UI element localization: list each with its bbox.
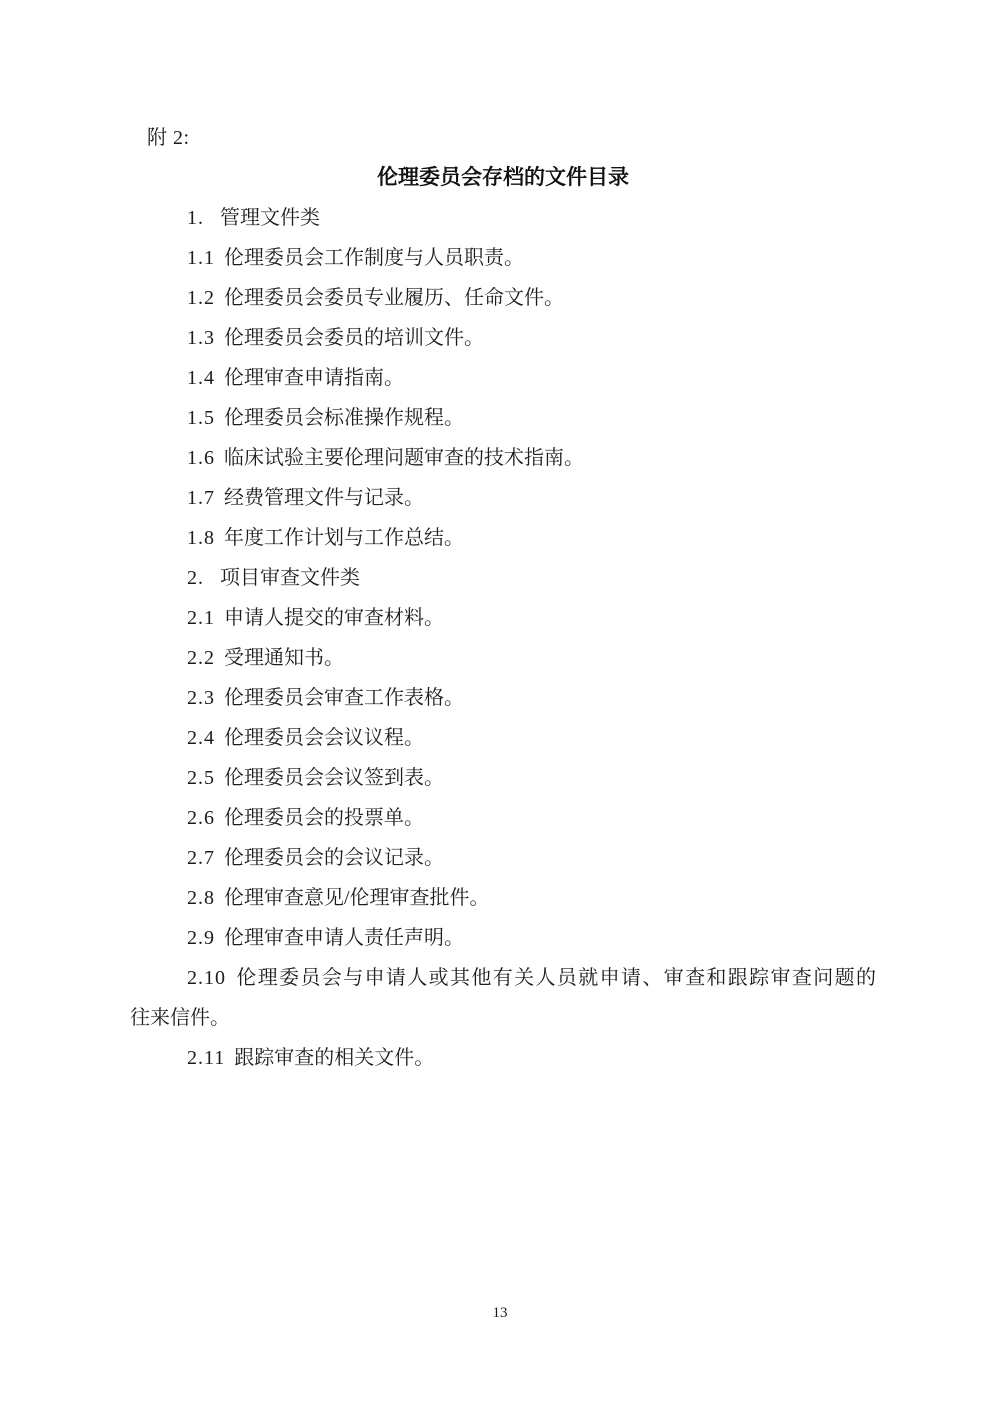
document-page: 附 2: 伦理委员会存档的文件目录 1.管理文件类1.1伦理委员会工作制度与人员… <box>0 0 1000 1414</box>
list-item: 1.1伦理委员会工作制度与人员职责。 <box>130 238 876 278</box>
list-item-text: 伦理委员会委员专业履历、任命文件。 <box>224 287 564 309</box>
list-item: 1.2伦理委员会委员专业履历、任命文件。 <box>130 278 876 318</box>
list-item-number: 2.10 <box>187 967 226 989</box>
list-item: 2.10伦理委员会与申请人或其他有关人员就申请、审查和跟踪审查问题的 <box>130 958 876 998</box>
list-item: 2.7伦理委员会的会议记录。 <box>130 838 876 878</box>
list-item-text: 经费管理文件与记录。 <box>224 487 424 509</box>
list-item-number: 1.5 <box>187 407 215 429</box>
list-item: 2.1申请人提交的审查材料。 <box>130 598 876 638</box>
list-item-number: 2.3 <box>187 687 215 709</box>
list-item-number: 1.1 <box>187 247 215 269</box>
list-item: 1.3伦理委员会委员的培训文件。 <box>130 318 876 358</box>
list-item-text: 伦理委员会与申请人或其他有关人员就申请、审查和跟踪审查问题的 <box>235 967 876 989</box>
list-item-number: 1. <box>187 207 204 229</box>
list-item: 2.2受理通知书。 <box>130 638 876 678</box>
list-item-text: 伦理委员会的投票单。 <box>224 807 424 829</box>
list-item-number: 2.9 <box>187 927 215 949</box>
list-item-number: 2.6 <box>187 807 215 829</box>
list-item-text: 伦理委员会工作制度与人员职责。 <box>224 247 524 269</box>
list-item: 1.7经费管理文件与记录。 <box>130 478 876 518</box>
list-item-text: 受理通知书。 <box>224 647 344 669</box>
list-item-text: 跟踪审查的相关文件。 <box>234 1047 434 1069</box>
list-item-text: 伦理审查申请人责任声明。 <box>224 927 464 949</box>
list-item: 1.4伦理审查申请指南。 <box>130 358 876 398</box>
list-item-text: 伦理委员会审查工作表格。 <box>224 687 464 709</box>
page-number: 13 <box>0 1303 1000 1323</box>
list-item-text: 伦理委员会会议签到表。 <box>224 767 444 789</box>
list-item: 1.5伦理委员会标准操作规程。 <box>130 398 876 438</box>
page-title: 伦理委员会存档的文件目录 <box>130 158 876 198</box>
list-item-text: 伦理委员会的会议记录。 <box>224 847 444 869</box>
list-item-text: 管理文件类 <box>220 207 320 229</box>
list-item-number: 1.3 <box>187 327 215 349</box>
list-item: 2.3伦理委员会审查工作表格。 <box>130 678 876 718</box>
list-item-text: 项目审查文件类 <box>220 567 360 589</box>
list-item-text: 临床试验主要伦理问题审查的技术指南。 <box>224 447 584 469</box>
list-item-text: 伦理委员会委员的培训文件。 <box>224 327 484 349</box>
list-item: 2.8伦理审查意见/伦理审查批件。 <box>130 878 876 918</box>
list-item-text: 伦理审查意见/伦理审查批件。 <box>224 887 490 909</box>
list-item: 2.6伦理委员会的投票单。 <box>130 798 876 838</box>
list-item: 1.管理文件类 <box>130 198 876 238</box>
list-item: 2.5伦理委员会会议签到表。 <box>130 758 876 798</box>
list-item: 2.11跟踪审查的相关文件。 <box>130 1038 876 1078</box>
document-list: 1.管理文件类1.1伦理委员会工作制度与人员职责。1.2伦理委员会委员专业履历、… <box>130 198 876 1078</box>
list-item-number: 1.2 <box>187 287 215 309</box>
list-item-number: 1.6 <box>187 447 215 469</box>
attachment-label: 附 2: <box>130 118 876 158</box>
list-item: 1.8年度工作计划与工作总结。 <box>130 518 876 558</box>
list-item-number: 2.4 <box>187 727 215 749</box>
list-item-text: 年度工作计划与工作总结。 <box>224 527 464 549</box>
list-item-number: 1.7 <box>187 487 215 509</box>
list-item-number: 2.7 <box>187 847 215 869</box>
document-content: 附 2: 伦理委员会存档的文件目录 1.管理文件类1.1伦理委员会工作制度与人员… <box>130 118 876 1078</box>
list-item-text: 伦理委员会会议议程。 <box>224 727 424 749</box>
list-item-number: 2.5 <box>187 767 215 789</box>
list-item: 2.4伦理委员会会议议程。 <box>130 718 876 758</box>
list-item: 2.项目审查文件类 <box>130 558 876 598</box>
list-item: 1.6临床试验主要伦理问题审查的技术指南。 <box>130 438 876 478</box>
list-item-number: 1.4 <box>187 367 215 389</box>
list-item-number: 2.11 <box>187 1047 225 1069</box>
list-item-text: 申请人提交的审查材料。 <box>224 607 444 629</box>
list-item-number: 2.2 <box>187 647 215 669</box>
list-item: 2.9伦理审查申请人责任声明。 <box>130 918 876 958</box>
list-item-number: 2. <box>187 567 204 589</box>
list-item-number: 2.8 <box>187 887 215 909</box>
list-item-text: 伦理审查申请指南。 <box>224 367 404 389</box>
list-item-number: 2.1 <box>187 607 215 629</box>
list-item-continuation: 往来信件。 <box>130 998 876 1038</box>
list-item-number: 1.8 <box>187 527 215 549</box>
list-item-text: 伦理委员会标准操作规程。 <box>224 407 464 429</box>
